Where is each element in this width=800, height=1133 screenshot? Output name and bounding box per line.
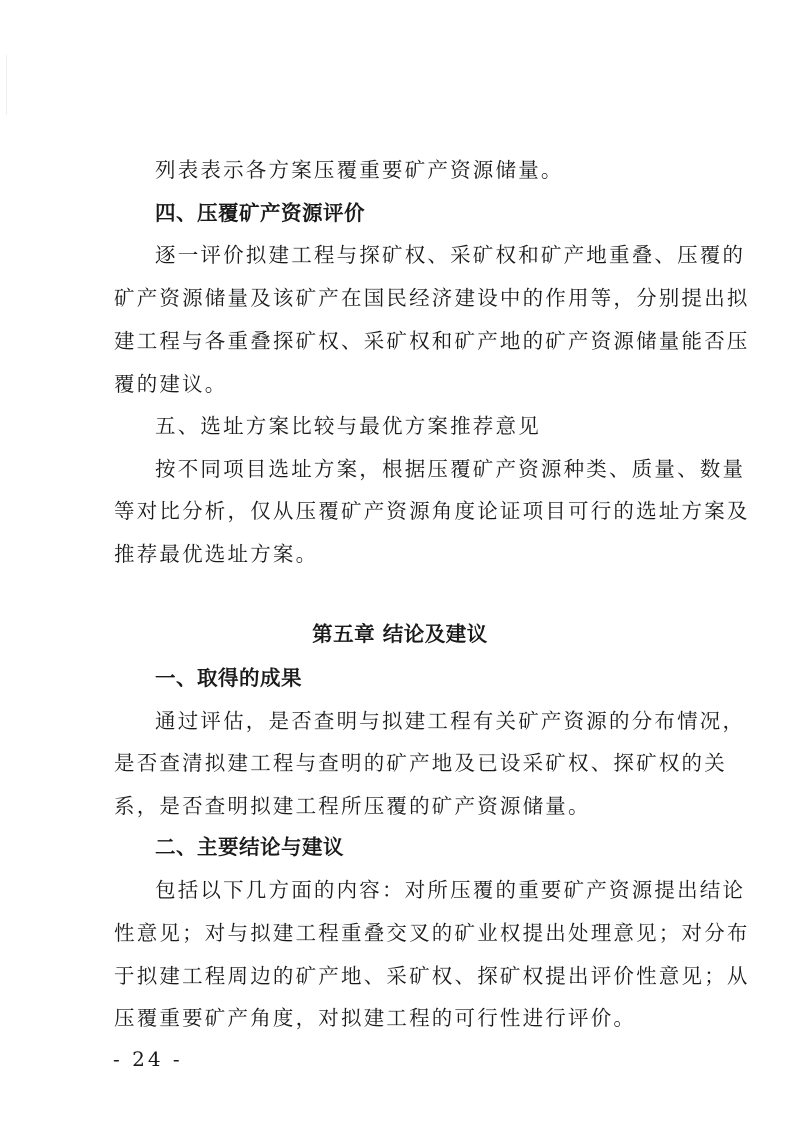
page-number: - 24 -: [113, 1045, 183, 1073]
paragraph-line: 包括以下几方面的内容：对所压覆的重要矿产资源提出结论: [155, 876, 745, 904]
paragraph-line: 按不同项目选址方案，根据压覆矿产资源种类、质量、数量: [155, 455, 745, 483]
paragraph-line: 推荐最优选址方案。: [114, 540, 704, 568]
paragraph-line: 性意见；对与拟建工程重叠交叉的矿业权提出处理意见；对分布: [114, 919, 704, 947]
section-heading-results: 一、取得的成果: [155, 664, 745, 692]
paragraph-line: 建工程与各重叠探矿权、采矿权和矿产地的矿产资源储量能否压: [114, 327, 704, 355]
paragraph-line: 是否查清拟建工程与查明的矿产地及已设采矿权、探矿权的关: [114, 749, 704, 777]
chapter-title: 第五章 结论及建议: [0, 620, 800, 648]
paragraph-line: 系，是否查明拟建工程所压覆的矿产资源储量。: [114, 792, 704, 820]
section-heading-evaluation: 四、压覆矿产资源评价: [155, 199, 745, 227]
paragraph-line: 等对比分析，仅从压覆矿产资源角度论证项目可行的选址方案及: [114, 497, 704, 525]
paragraph-line: 矿产资源储量及该矿产在国民经济建设中的作用等，分别提出拟: [114, 284, 704, 312]
paragraph-line: 覆的建议。: [114, 370, 704, 398]
scan-edge-mark: [6, 55, 7, 115]
paragraph-line: 列表表示各方案压覆重要矿产资源储量。: [155, 156, 745, 184]
section-heading-conclusions: 二、主要结论与建议: [155, 833, 745, 861]
paragraph-line: 通过评估，是否查明与拟建工程有关矿产资源的分布情况，: [155, 707, 745, 735]
section-heading-site-selection: 五、选址方案比较与最优方案推荐意见: [155, 412, 745, 440]
paragraph-line: 逐一评价拟建工程与探矿权、采矿权和矿产地重叠、压覆的: [155, 241, 745, 269]
paragraph-line: 于拟建工程周边的矿产地、采矿权、探矿权提出评价性意见；从: [114, 962, 704, 990]
paragraph-line: 压覆重要矿产角度，对拟建工程的可行性进行评价。: [114, 1004, 704, 1032]
document-page: 列表表示各方案压覆重要矿产资源储量。 四、压覆矿产资源评价 逐一评价拟建工程与探…: [0, 0, 800, 1133]
